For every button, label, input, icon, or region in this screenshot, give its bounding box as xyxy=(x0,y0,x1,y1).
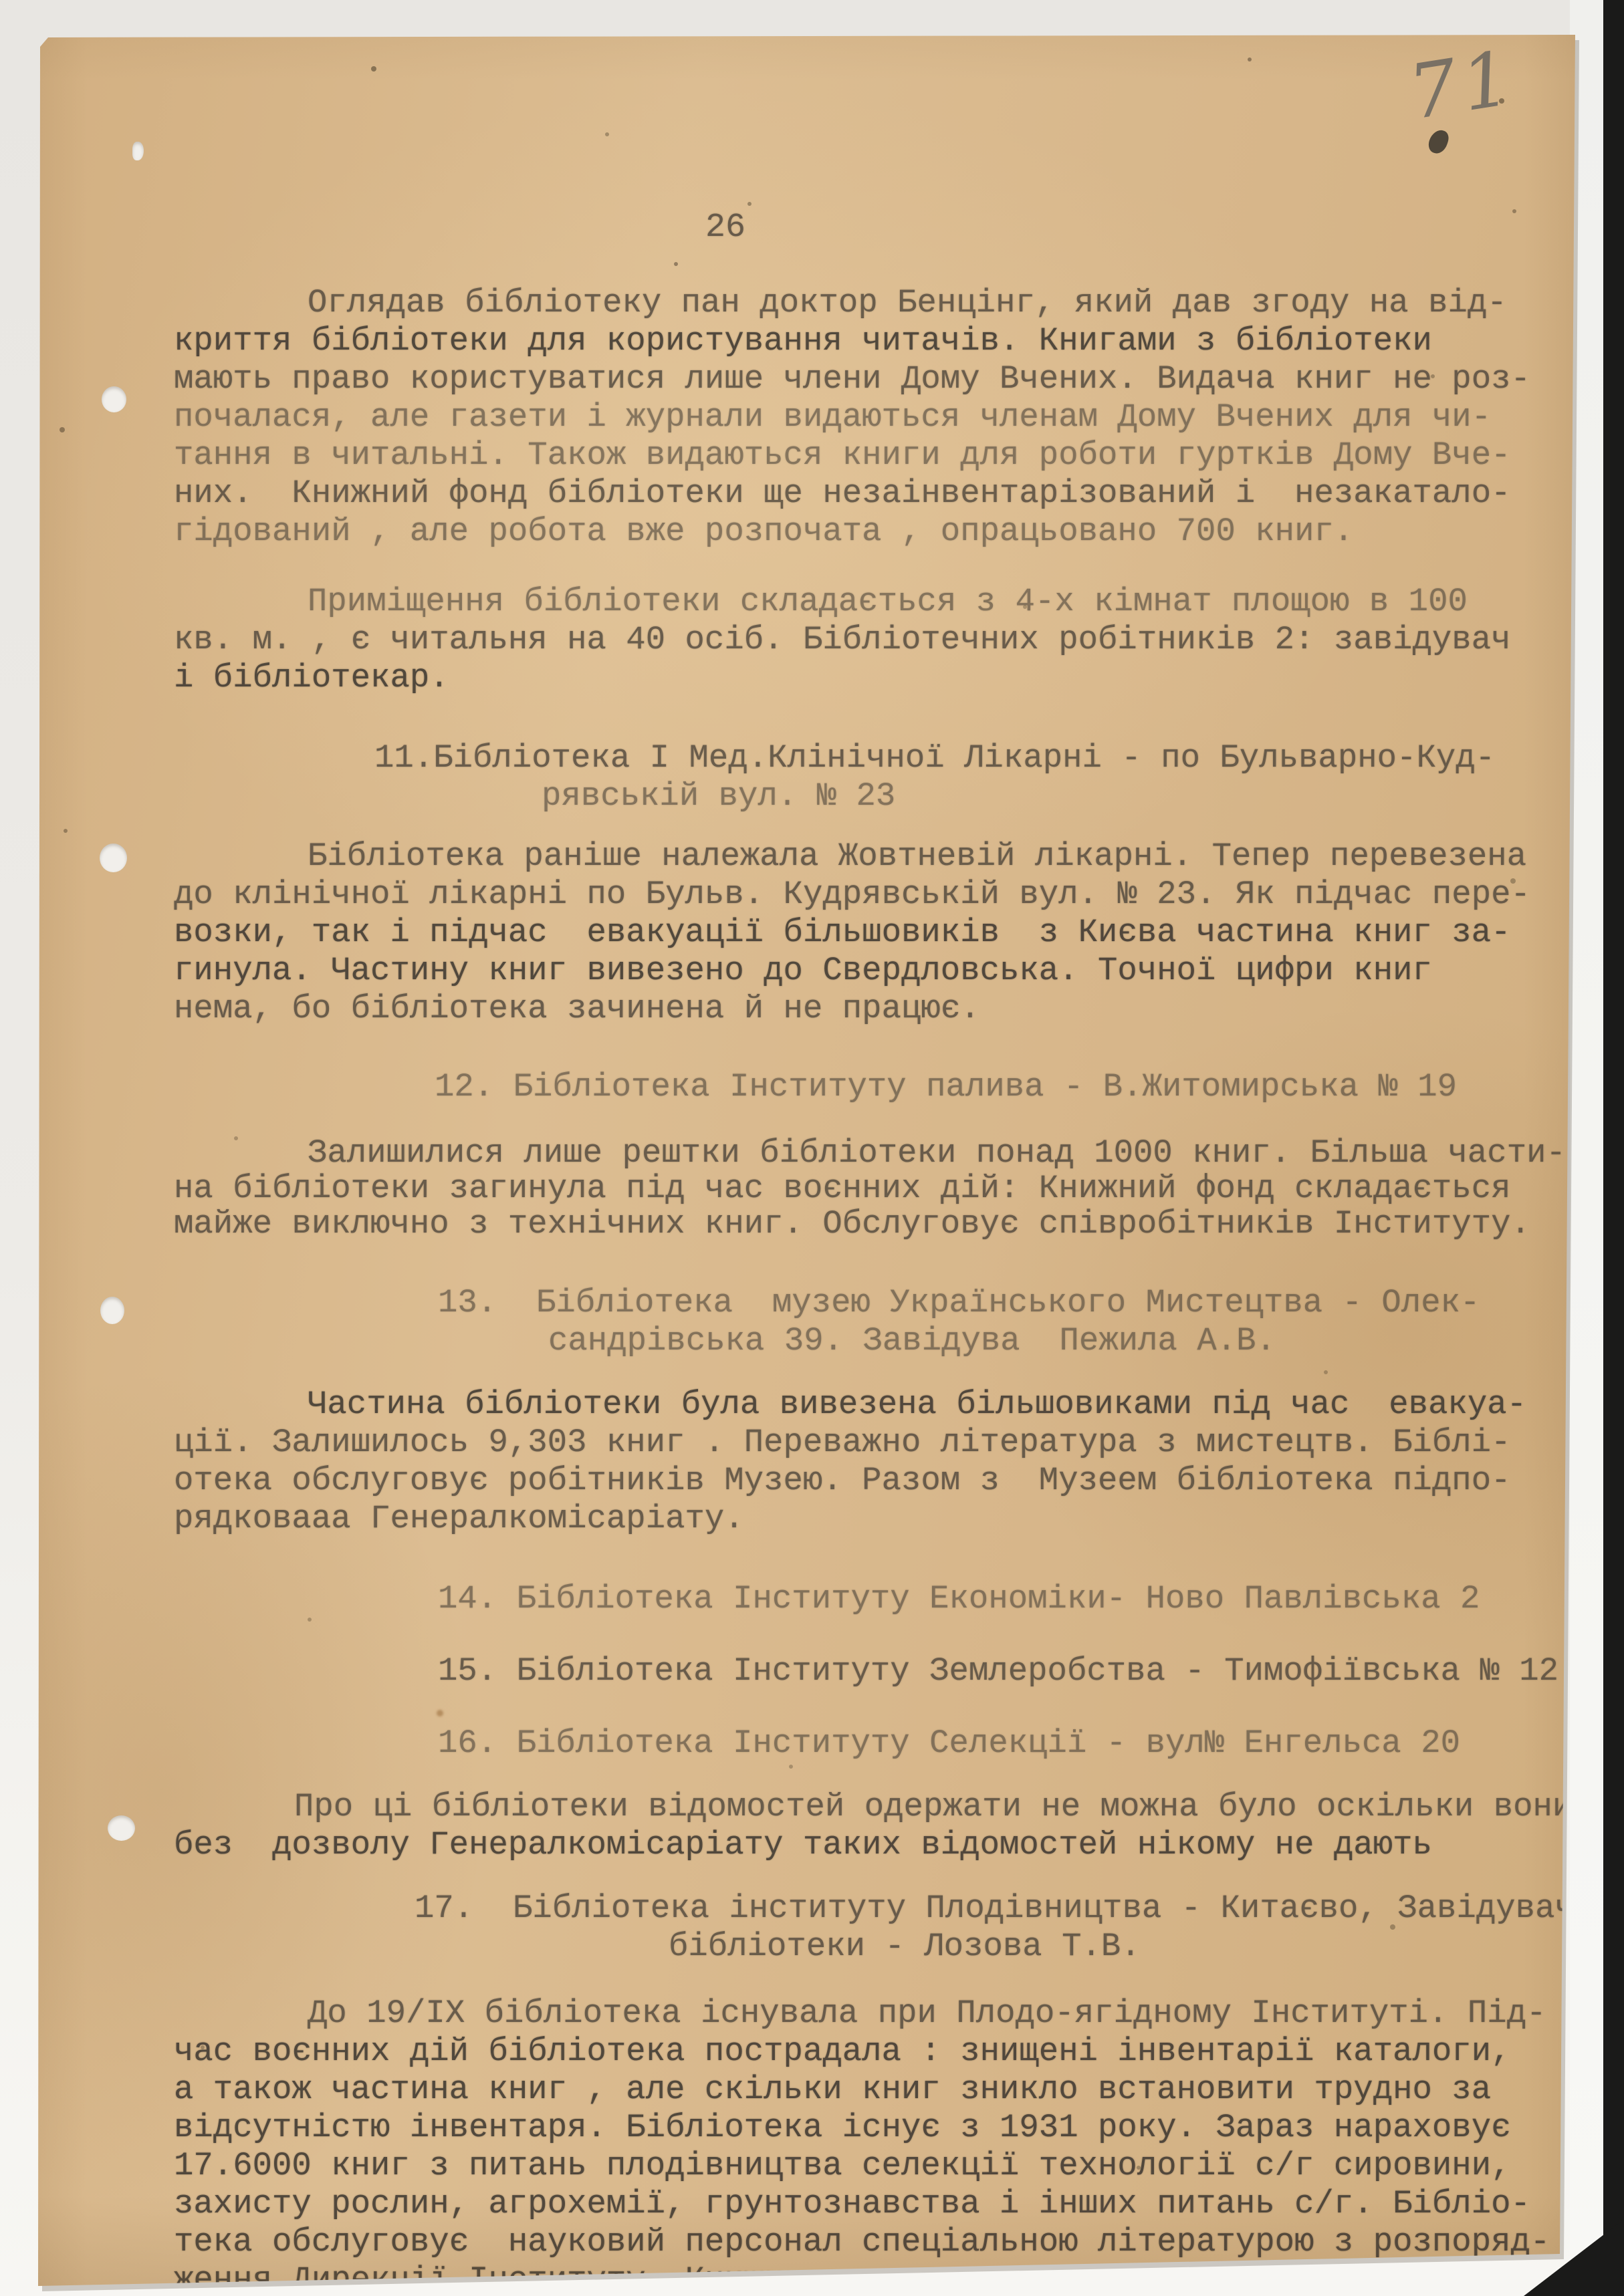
text-line: на бібліотеки загинула під час воєнних д… xyxy=(174,1171,1511,1206)
handwritten-folio-number: 71 xyxy=(1404,40,1520,130)
text-line: Про ці бібліотеки відомостей одержати не… xyxy=(294,1789,1572,1824)
text-line: До 19/ІХ бібліотека існувала при Плодо-я… xyxy=(308,1996,1546,2031)
text-line: криття бібліотеки для користування читач… xyxy=(174,324,1432,358)
text-line: гідований , але робота вже розпочата , о… xyxy=(174,514,1353,549)
text-line: і бібліотекар. xyxy=(174,660,449,695)
document-paper: 71 26 Оглядав бібліотеку пан доктор Бенц… xyxy=(0,0,1624,2296)
text-line: майже виключно з технічних книг. Обслуго… xyxy=(174,1206,1530,1241)
text-line: час воєнних дій бібліотека пострадала : … xyxy=(174,2034,1511,2069)
text-line: кв. м. , є читальня на 40 осіб. Бібліоте… xyxy=(174,622,1511,657)
text-line: до клінічної лікарні по Бульв. Кудрявськ… xyxy=(174,877,1530,912)
text-line: нема, бо бібліотека зачинена й не працює… xyxy=(174,991,980,1026)
text-line: Частина бібліотеки була вивезена більшов… xyxy=(308,1387,1526,1422)
heading-line: 14. Бібліотека Інституту Економіки- Ново… xyxy=(438,1581,1480,1616)
text-line: 17.6000 книг з питань плодівництва селек… xyxy=(174,2148,1511,2183)
scanned-document-page: 71 26 Оглядав бібліотеку пан доктор Бенц… xyxy=(0,0,1624,2296)
text-line: гинула. Частину книг вивезено до Свердло… xyxy=(174,953,1432,988)
text-line: возки, так і підчас евакуації більшовикі… xyxy=(174,915,1511,950)
punch-hole xyxy=(102,386,126,412)
heading-line: рявській вул. № 23 xyxy=(542,779,895,813)
heading-line: 17. Бібліотека інституту Плодівництва - … xyxy=(415,1891,1575,1926)
text-line: а також частина книг , але скільки книг … xyxy=(174,2072,1491,2107)
text-line: Приміщення бібліотеки складається з 4-х … xyxy=(308,584,1468,619)
heading-line: бібліотеки - Лозова Т.В. xyxy=(669,1929,1141,1964)
text-line: ції. Залишилось 9,303 книг . Переважно л… xyxy=(174,1425,1511,1460)
text-line: рядковааа Генералкомісаріату. xyxy=(174,1501,744,1536)
text-line: Оглядав бібліотеку пан доктор Бенцінг, я… xyxy=(308,285,1507,320)
heading-line: 12. Бібліотека Інституту палива - В.Жито… xyxy=(435,1069,1457,1104)
page-number: 26 xyxy=(705,209,745,247)
scan-edge-black-band xyxy=(1603,0,1624,2296)
text-line: відсутністю інвентаря. Бібліотека існує … xyxy=(174,2110,1511,2145)
heading-line: сандрівська 39. Завідува Пежила А.В. xyxy=(548,1323,1276,1358)
paper-specks xyxy=(0,0,4,4)
text-line: Залишилися лише рештки бібліотеки понад … xyxy=(308,1136,1566,1170)
punch-hole xyxy=(100,1297,124,1324)
text-line: отека обслуговує робітників Музею. Разом… xyxy=(174,1463,1511,1498)
heading-line: 11.Бібліотека І Мед.Клінічної Лікарні - … xyxy=(374,741,1495,775)
heading-line: 15. Бібліотека Інституту Землеробства - … xyxy=(438,1654,1558,1688)
text-line: мають право користуватися лише члени Дом… xyxy=(174,362,1530,396)
punch-hole xyxy=(108,1815,135,1841)
punch-hole xyxy=(132,142,144,160)
text-line: тека обслуговує науковий персонал спеціа… xyxy=(174,2224,1550,2259)
text-line: почалася, але газети і журнали видаються… xyxy=(174,400,1491,434)
heading-line: 16. Бібліотека Інституту Селекції - вул№… xyxy=(438,1726,1460,1761)
text-line: без дозволу Генералкомісаріату таких від… xyxy=(174,1827,1432,1862)
text-line: захисту рослин, агрохемії, грунтознавств… xyxy=(174,2186,1530,2221)
text-line: Бібліотека раніше належала Жовтневій лік… xyxy=(308,839,1526,874)
text-line: тання в читальні. Також видаються книги … xyxy=(174,438,1511,473)
heading-line: 13. Бібліотека музею Українського Мистец… xyxy=(438,1285,1480,1320)
text-line: них. Книжний фонд бібліотеки ще незаінве… xyxy=(174,476,1511,511)
punch-hole xyxy=(100,844,127,872)
